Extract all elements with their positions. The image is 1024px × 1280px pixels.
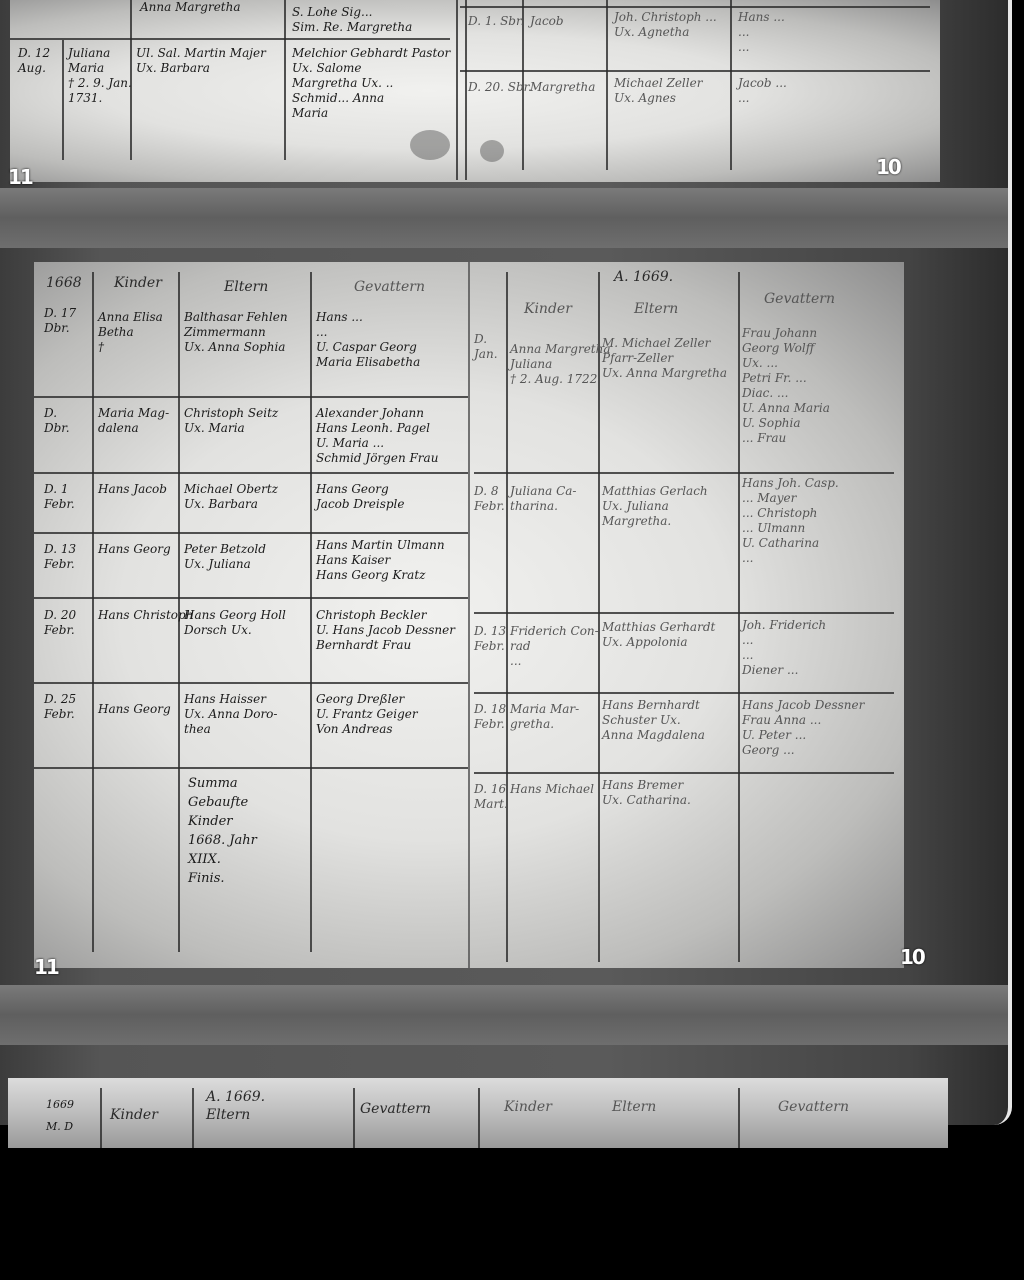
parents-cell: Hans Bernhardt Schuster Ux. Anna Magdale… bbox=[602, 698, 705, 743]
date-cell: D. Dbr. bbox=[44, 406, 70, 436]
parents-cell: Michael Zeller Ux. Agnes bbox=[614, 76, 702, 106]
date-cell: D. 13 Febr. bbox=[44, 542, 76, 572]
date-cell: D. 1. Sbr. bbox=[468, 14, 524, 29]
parents-cell: M. Michael Zeller Pfarr-Zeller Ux. Anna … bbox=[602, 336, 727, 381]
date-cell: 1669 M. D bbox=[46, 1094, 74, 1138]
godparents-cell: Hans Joh. Casp. ... Mayer ... Christoph … bbox=[742, 476, 839, 566]
child-cell: Jacob bbox=[530, 14, 564, 29]
column-header: Gevattern bbox=[354, 280, 425, 295]
date-cell: D. 12 Aug. bbox=[18, 46, 50, 76]
godparents-cell: Jacob ... ... bbox=[738, 76, 787, 106]
godparents-cell: Christoph Beckler U. Hans Jacob Dessner … bbox=[316, 608, 455, 653]
date-cell: D. 1 Febr. bbox=[44, 482, 75, 512]
date-cell: D. 20. Sbr. bbox=[468, 80, 532, 95]
child-cell: Hans Georg bbox=[98, 542, 171, 557]
column-header: Kinder bbox=[504, 1100, 552, 1115]
godparents-cell: S. Lohe Sig... Sim. Re. Margretha bbox=[292, 5, 412, 35]
godparents-cell: Joh. Friderich ... ... Diener ... bbox=[742, 618, 826, 678]
child-cell: Hans Michael bbox=[510, 782, 594, 797]
summary-note: Summa Gebaufte Kinder 1668. Jahr XIIX. F… bbox=[188, 774, 257, 888]
film-gap bbox=[0, 985, 1008, 1045]
date-cell: D. 20 Febr. bbox=[44, 608, 76, 638]
column-header: A. 1669. Eltern bbox=[206, 1088, 265, 1124]
top-frame: Anna Margretha S. Lohe Sig... Sim. Re. M… bbox=[10, 0, 940, 182]
column-header: Eltern bbox=[224, 280, 268, 295]
film-gap bbox=[0, 188, 1008, 248]
child-cell: Anna Elisa Betha † bbox=[98, 310, 163, 355]
parents-cell: Hans Haisser Ux. Anna Doro- thea bbox=[184, 692, 277, 737]
godparents-cell: Hans Martin Ulmann Hans Kaiser Hans Geor… bbox=[316, 538, 445, 583]
parents-cell: Peter Betzold Ux. Juliana bbox=[184, 542, 266, 572]
column-header: Kinder bbox=[114, 276, 162, 291]
child-cell: Anna Margretha Juliana † 2. Aug. 1722 bbox=[510, 342, 611, 387]
date-cell: D. 16 Mart. bbox=[474, 782, 508, 812]
frame-marker: 11 bbox=[34, 955, 58, 979]
frame-marker: 11 bbox=[8, 165, 32, 189]
parents-cell: Christoph Seitz Ux. Maria bbox=[184, 406, 278, 436]
parents-cell: Joh. Christoph ... Ux. Agnetha bbox=[614, 10, 717, 40]
year-header: A. 1669. bbox=[614, 270, 673, 285]
parents-cell: Matthias Gerhardt Ux. Appolonia bbox=[602, 620, 715, 650]
parents-cell: Anna Margretha bbox=[140, 0, 241, 15]
godparents-cell: Frau Johann Georg Wolff Ux. ... Petri Fr… bbox=[742, 326, 830, 446]
date-cell: D. 18 Febr. bbox=[474, 702, 506, 732]
parents-cell: Balthasar Fehlen Zimmermann Ux. Anna Sop… bbox=[184, 310, 288, 355]
godparents-cell: Hans ... ... U. Caspar Georg Maria Elisa… bbox=[316, 310, 420, 370]
parents-cell: Michael Obertz Ux. Barbara bbox=[184, 482, 278, 512]
date-cell: D. 8 Febr. bbox=[474, 484, 505, 514]
child-cell: Hans Georg bbox=[98, 702, 171, 717]
godparents-cell: Hans Georg Jacob Dreisple bbox=[316, 482, 404, 512]
godparents-cell: Hans ... ... ... bbox=[738, 10, 785, 55]
bottom-frame: 1669 M. D Kinder A. 1669. Eltern Gevatte… bbox=[8, 1078, 948, 1148]
frame-marker: 10 bbox=[876, 155, 900, 179]
child-cell: Hans Jacob bbox=[98, 482, 167, 497]
child-cell: Friderich Con- rad ... bbox=[510, 624, 599, 669]
date-cell: D. 25 Febr. bbox=[44, 692, 76, 722]
column-header: Kinder bbox=[110, 1108, 158, 1123]
frame-marker: 10 bbox=[900, 945, 924, 969]
column-header: Gevattern bbox=[360, 1102, 431, 1117]
child-cell: Margretha bbox=[530, 80, 595, 95]
parents-cell: Hans Georg Holl Dorsch Ux. bbox=[184, 608, 286, 638]
child-cell: Hans Christoph bbox=[98, 608, 193, 623]
date-cell: D. 13 Febr. bbox=[474, 624, 506, 654]
parents-cell: Hans Bremer Ux. Catharina. bbox=[602, 778, 691, 808]
godparents-cell: Hans Jacob Dessner Frau Anna ... U. Pete… bbox=[742, 698, 864, 758]
godparents-cell: Melchior Gebhardt Pastor Ux. Salome Marg… bbox=[292, 46, 450, 121]
column-header: Kinder bbox=[524, 302, 572, 317]
child-cell: Juliana Maria † 2. 9. Jan. 1731. bbox=[68, 46, 132, 106]
godparents-cell: Georg Dreßler U. Frantz Geiger Von Andre… bbox=[316, 692, 418, 737]
column-header: Eltern bbox=[612, 1100, 656, 1115]
child-cell: Juliana Ca- tharina. bbox=[510, 484, 576, 514]
child-cell: Maria Mar- gretha. bbox=[510, 702, 579, 732]
column-header: Gevattern bbox=[778, 1100, 849, 1115]
column-header: Eltern bbox=[634, 302, 678, 317]
date-cell: D. Jan. bbox=[474, 332, 498, 362]
column-header: Gevattern bbox=[764, 292, 835, 307]
date-cell: D. 17 Dbr. bbox=[44, 306, 76, 336]
year-header: 1668 bbox=[46, 276, 82, 291]
parents-cell: Ul. Sal. Martin Majer Ux. Barbara bbox=[136, 46, 266, 76]
main-frame: 1668 Kinder Eltern Gevattern D. 17 Dbr. … bbox=[34, 262, 904, 968]
child-cell: Maria Mag- dalena bbox=[98, 406, 169, 436]
parents-cell: Matthias Gerlach Ux. Juliana Margretha. bbox=[602, 484, 708, 529]
godparents-cell: Alexander Johann Hans Leonh. Pagel U. Ma… bbox=[316, 406, 438, 466]
